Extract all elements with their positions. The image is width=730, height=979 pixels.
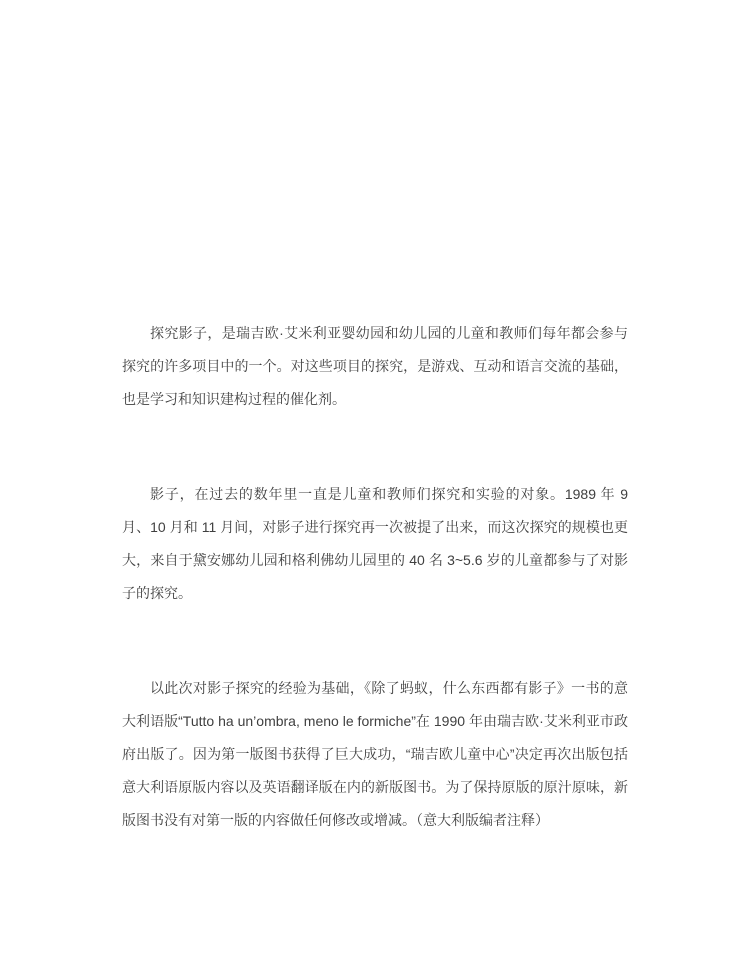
paragraph-1: 探究影子，是瑞吉欧·艾米利亚婴幼园和幼儿园的儿童和教师们每年都会参与探究的许多项… [122, 317, 628, 416]
paragraph-2: 影子，在过去的数年里一直是儿童和教师们探究和实验的对象。1989 年 9 月、1… [122, 478, 628, 610]
text-block: 探究影子，是瑞吉欧·艾米利亚婴幼园和幼儿园的儿童和教师们每年都会参与探究的许多项… [122, 317, 628, 837]
document-page: 探究影子，是瑞吉欧·艾米利亚婴幼园和幼儿园的儿童和教师们每年都会参与探究的许多项… [0, 0, 730, 979]
paragraph-3: 以此次对影子探究的经验为基础，《除了蚂蚁，什么东西都有影子》一书的意大利语版“T… [122, 672, 628, 837]
